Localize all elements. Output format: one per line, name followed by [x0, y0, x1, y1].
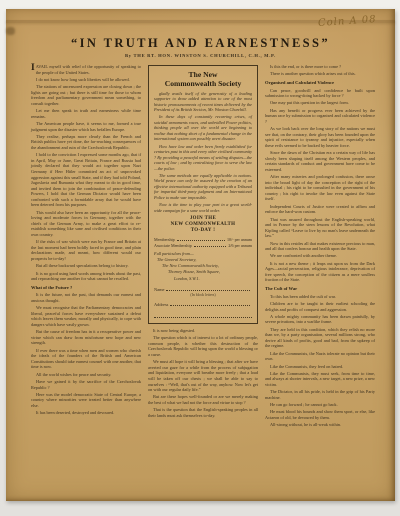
left-column-paragraphs: I do not know how long such liberties wi… — [31, 77, 141, 416]
paragraph: Now is the time to play your part in a g… — [154, 202, 252, 213]
associate-membership-rate: 2/6 per annum — [228, 243, 252, 248]
middle-column: The New Commonwealth Society gladly avai… — [148, 64, 258, 429]
membership-label: Membership — [154, 237, 175, 242]
paragraph: We are confronted with another theme. — [265, 253, 375, 259]
paragraph: I do not know how long such liberties wi… — [31, 77, 141, 83]
paragraph: Thorney House, Smith Square, — [154, 269, 252, 275]
society-box-heading: The New Commonwealth Society — [154, 71, 252, 88]
address-field-label: Address — [154, 302, 168, 308]
paragraph: The General Secretary, — [154, 257, 252, 263]
associate-membership-label: Associate Membership — [154, 243, 192, 248]
paragraph: The New Commonwealth Society, — [154, 263, 252, 269]
paragraph: In these days of constantly recurring cr… — [154, 114, 252, 142]
paragraph: But are these hopes well-founded or are … — [148, 394, 258, 405]
scan-background: Coln A 08 “IN TRUTH AND EARNESTNESS” By … — [0, 0, 400, 516]
paragraph: The American people have, it seems to me… — [31, 121, 141, 132]
edge-smudge — [6, 27, 15, 35]
document-page: Coln A 08 “IN TRUTH AND EARNESTNESS” By … — [6, 9, 395, 501]
paragraph: The question which is of interest to a l… — [148, 335, 258, 357]
paragraph: But all these backward speculations belo… — [31, 263, 141, 269]
paragraph: This would also have been an opportunity… — [31, 210, 141, 238]
join-call-to-action: JOIN THENEW COMMONWEALTHTO-DAY ! — [154, 216, 252, 234]
paragraph: Have we gained it by the sacrifice of th… — [31, 379, 141, 390]
paragraph: That was assured throughout the English-… — [265, 217, 375, 239]
paragraph: There is another question which arises o… — [265, 71, 375, 77]
membership-row: Associate Membership 2/6 per annum — [154, 243, 252, 248]
paragraph: All-strong without, he is all-weak withi… — [265, 422, 375, 428]
society-contact-details: Full particulars from—The General Secret… — [154, 251, 252, 281]
block-letters-note: (In block letters) — [154, 293, 252, 298]
paragraph: They realise, perhaps more clearly than … — [31, 134, 141, 151]
paragraph: The Dictator, in all his pride, is held … — [265, 389, 375, 400]
paragraph: It has been deserted, destroyed and devo… — [31, 410, 141, 416]
name-field-label: Name — [154, 287, 164, 293]
section-heading: Organised and Calculated Violence — [265, 80, 375, 86]
paragraph: One may put this question in the largest… — [265, 100, 375, 106]
paragraph: Can peace, goodwill and confidence be bu… — [265, 88, 375, 99]
membership-rate: 10/- per annum — [227, 237, 252, 242]
paragraph: It is no good using hard words among fri… — [31, 271, 141, 282]
paragraph: But the cause of freedom has in it a rec… — [31, 329, 141, 346]
middle-column-paragraphs: It is now being digested.The question wh… — [148, 328, 258, 418]
paragraph: It is now being digested. — [148, 328, 258, 334]
paragraph: All the world wishes for peace and secur… — [31, 372, 141, 378]
opening-paragraph: IAVAIL myself with relief of the opportu… — [31, 64, 141, 75]
address-field-row: Address — [154, 302, 252, 308]
section-heading: What of the Future ? — [31, 285, 141, 291]
dot-leader — [177, 240, 225, 241]
paragraph: Like the Communists, they feed on hatred… — [265, 364, 375, 370]
right-column-paragraphs: Is this the end, or is there more to com… — [265, 64, 375, 428]
paragraph: Now in this resides all that makes exist… — [265, 241, 375, 252]
dot-leader — [194, 246, 227, 247]
paragraph: Has any benefit or progress ever been ac… — [265, 108, 375, 125]
paragraph: Since the dawn of the Christian era a ce… — [265, 150, 375, 172]
paragraph: We must recognise that the Parliamentary… — [31, 305, 141, 327]
paragraph: If ever there was a time when men and wo… — [31, 348, 141, 370]
society-box-paragraphs: gladly avails itself of the generosity o… — [154, 91, 252, 214]
right-column: Is this the end, or is there more to com… — [265, 64, 375, 429]
paragraph: Independent Courts of Justice were creat… — [265, 204, 375, 215]
paragraph: Is this the end, or is there more to com… — [265, 64, 375, 70]
paragraph: To this has been added the cult of war. — [265, 294, 375, 300]
membership-rates: Membership 10/- per annum Associate Memb… — [154, 237, 252, 248]
paragraph: How have law and order been firmly estab… — [154, 144, 252, 172]
address-field-line2 — [154, 312, 252, 318]
paragraph: Let me then speak in truth and earnestne… — [31, 108, 141, 119]
address-field-line — [170, 305, 250, 306]
paragraph: I hold to the conviction I expressed som… — [31, 152, 141, 208]
paragraph: Children are to be taught in their earli… — [265, 301, 375, 312]
paragraph: They are held in this condition, which t… — [265, 327, 375, 349]
paragraph: London, S.W.1. — [154, 276, 252, 282]
paragraph: TO-DAY ! — [154, 228, 252, 234]
paragraph: It is the future, not the past, that dem… — [31, 292, 141, 303]
paragraph: As we look back over the long story of t… — [265, 126, 375, 148]
membership-row: Membership 10/- per annum — [154, 237, 252, 242]
paragraph: The stations of uncensored expression ar… — [31, 84, 141, 106]
name-field-line — [166, 290, 250, 291]
paragraph: If the risks of war which were run by Fr… — [31, 239, 141, 261]
paragraph: He must blood his hounds and show them s… — [265, 409, 375, 420]
membership-form: Name (In block letters) Address — [154, 287, 252, 318]
society-heading-line2: Commonwealth Society — [154, 80, 252, 89]
drop-cap: I — [31, 64, 35, 72]
text-columns: IAVAIL myself with relief of the opportu… — [6, 58, 395, 429]
paragraph: That is the question that the English-sp… — [148, 407, 258, 418]
handwritten-annotation: Coln A 08 — [318, 14, 377, 29]
paragraph: After many miseries and prolonged confus… — [265, 174, 375, 202]
paragraph: We must all hope it will bring a blessin… — [148, 359, 258, 392]
left-column: IAVAIL myself with relief of the opportu… — [31, 64, 141, 429]
paragraph: Full particulars from— — [154, 251, 252, 257]
paragraph: Like the Communists, they must seek, fro… — [265, 371, 375, 388]
paragraph: He can go forward ; he cannot go back. — [265, 402, 375, 408]
society-box: The New Commonwealth Society gladly avai… — [148, 65, 258, 324]
name-field-row: Name — [154, 287, 252, 293]
paragraph: Here was the model democratic State of C… — [31, 392, 141, 409]
paragraph: The same methods are equally applicable … — [154, 173, 252, 201]
paragraph: gladly avails itself of the generosity o… — [154, 91, 252, 113]
paragraph: Like the Communists, the Nazis tolerate … — [265, 351, 375, 362]
paragraph: It is not a new theme ; it leaps out upo… — [265, 261, 375, 283]
section-heading: The Cult of War — [265, 286, 375, 292]
page-title: “IN TRUTH AND EARNESTNESS” — [6, 36, 395, 51]
paragraph: A whole mighty community has been drawn … — [265, 314, 375, 325]
opening-paragraph-text: AVAIL myself with relief of the opportun… — [36, 64, 141, 75]
